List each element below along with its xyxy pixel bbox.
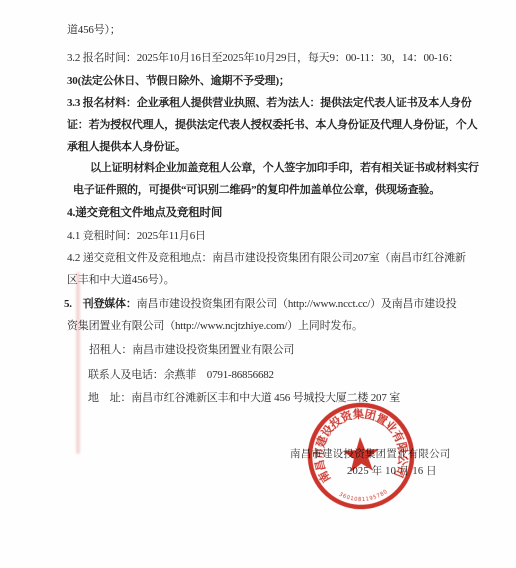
line-address-continuation: 道456号）； xyxy=(67,24,121,37)
line-materials-2: 证：若为授权代理人，提供法定代表人授权委托书、本人身份证及代理人身份证，个人 xyxy=(67,119,477,132)
official-seal: 南昌市建设投资集团置业有限公司 3601081195780 xyxy=(287,382,434,529)
line-media-2: 资集团置业有限公司（http://www.ncjtzhiye.com/）上同时发… xyxy=(67,320,363,333)
line-bid-time: 4.1 竞租时间：2025年11月6日 xyxy=(67,230,206,243)
line-materials-1: 3.3 报名材料：企业承租人提供营业执照、若为法人：提供法定代表人证书及本人身份 xyxy=(67,97,472,110)
line-registration-time-note: 30(法定公休日、节假日除外、逾期不予受理)； xyxy=(67,75,290,88)
line-lessor: 招租人：南昌市建设投资集团置业有限公司 xyxy=(89,344,294,357)
media-text: 南昌市建设投资集团有限公司（http://www.ncct.cc/）及南昌市建设… xyxy=(137,298,457,310)
heading-submission: 4.递交竞租文件地点及竞租时间 xyxy=(67,207,222,220)
line-contact: 联系人及电话：余燕菲 0791-86856682 xyxy=(88,369,274,382)
document-page: 道456号）； 3.2 报名时间：2025年10月16日至2025年10月29日… xyxy=(0,0,516,568)
line-bid-location-1: 4.2 递交竞租文件及竞租地点：南昌市建设投资集团有限公司207室（南昌市红谷滩… xyxy=(67,252,466,265)
scan-artifact xyxy=(76,272,80,454)
line-bid-location-2: 区丰和中大道456号）。 xyxy=(67,274,175,287)
line-stamp-note-1: 以上证明材料企业加盖竞租人公章，个人签字加印手印，若有相关证书或材料实行 xyxy=(90,162,479,175)
line-registration-time: 3.2 报名时间：2025年10月16日至2025年10月29日，每天9：00-… xyxy=(67,52,459,65)
seal-star-icon xyxy=(342,436,380,472)
line-media-1: 5. 刊登媒体：南昌市建设投资集团有限公司（http://www.ncct.cc… xyxy=(64,298,457,311)
line-stamp-note-2: 电子证件照的，可提供“可识别二维码”的复印件加盖单位公章，供现场查验。 xyxy=(73,184,440,197)
media-label: 5. 刊登媒体： xyxy=(64,298,137,310)
line-materials-3: 承租人提供本人身份证。 xyxy=(67,141,186,154)
